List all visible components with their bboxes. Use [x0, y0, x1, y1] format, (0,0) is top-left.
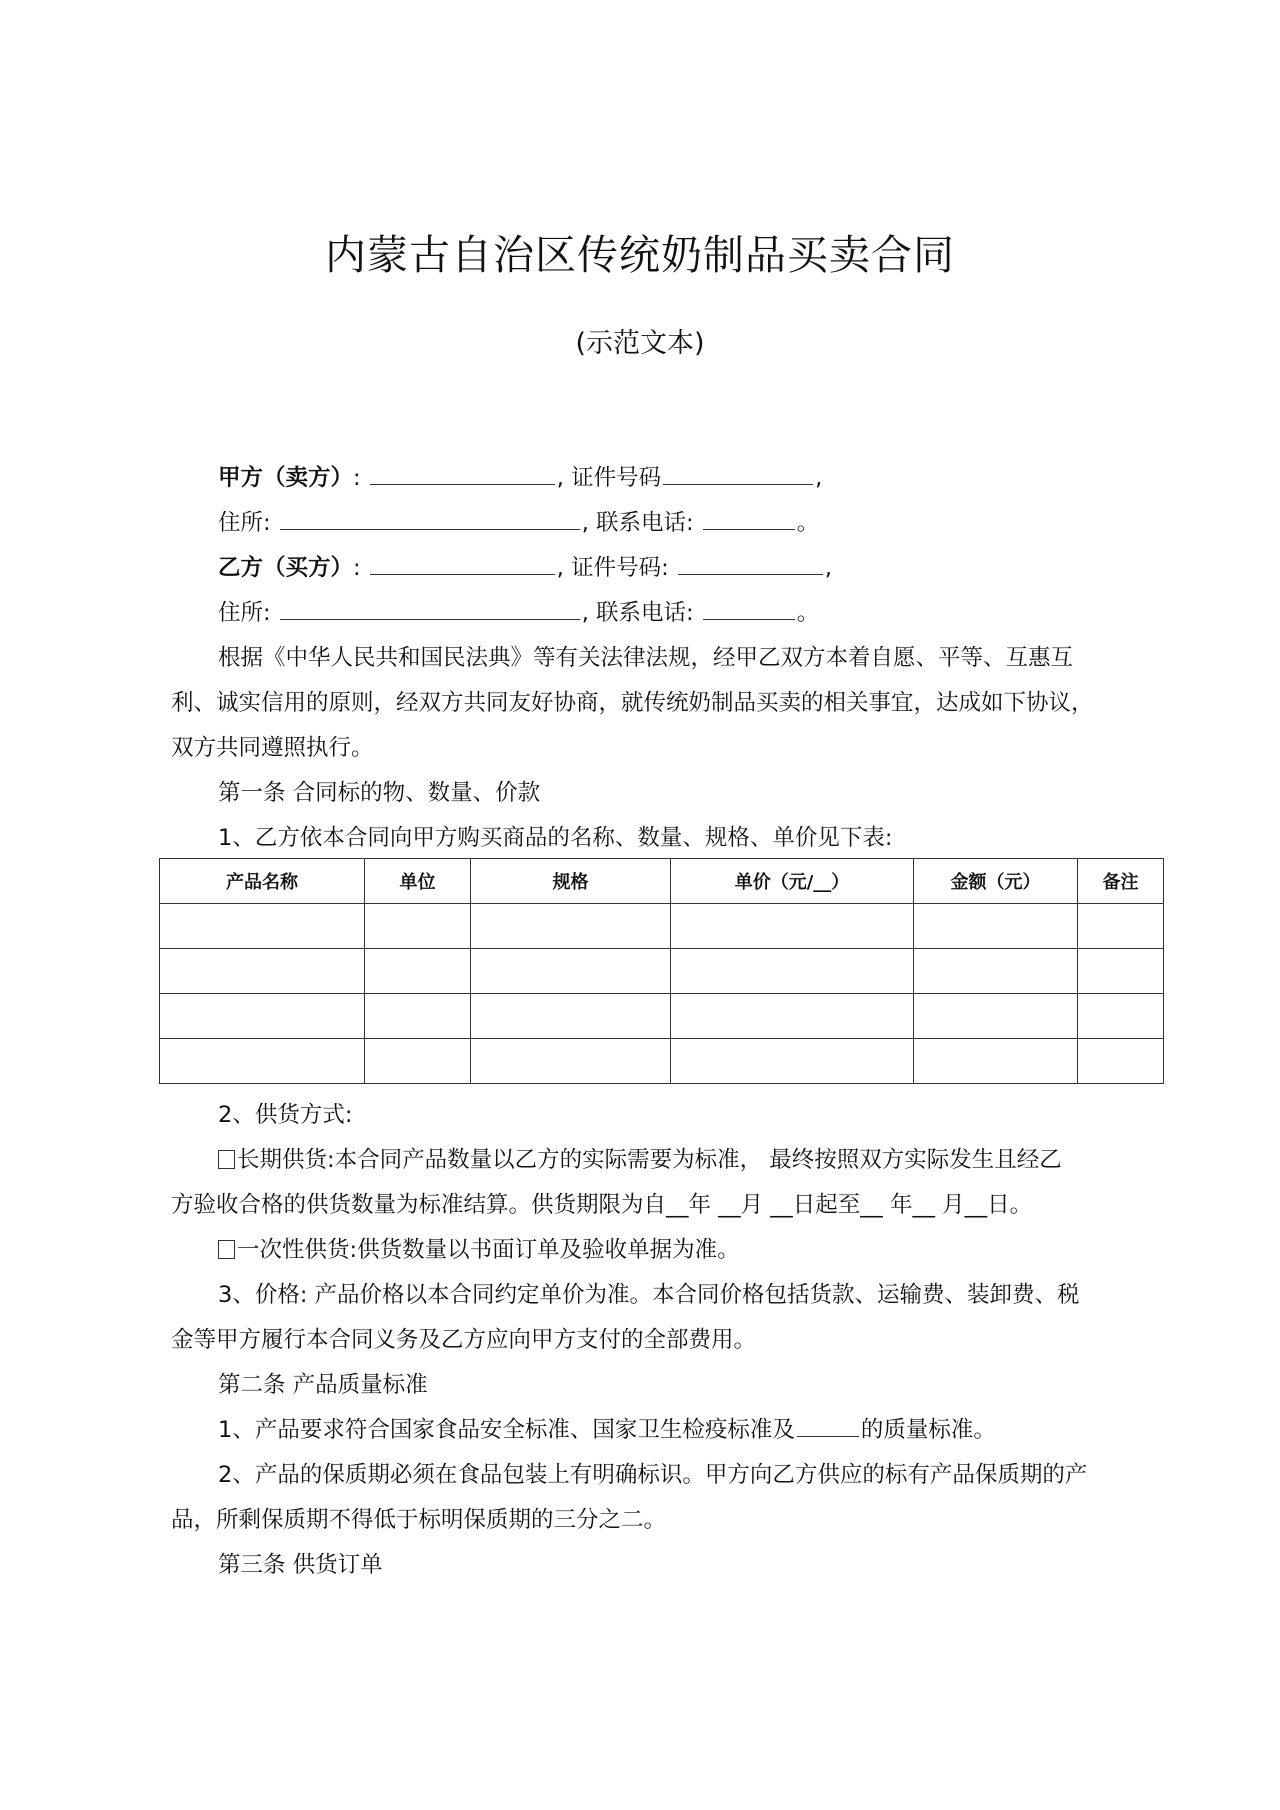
- table-cell[interactable]: [471, 994, 671, 1039]
- article-2-item-1: 1、产品要求符合国家食品安全标准、国家卫生检疫标准及的质量标准。: [218, 1415, 996, 1445]
- table-cell[interactable]: [671, 949, 914, 994]
- document-title: 内蒙古自治区传统奶制品买卖合同: [0, 222, 1280, 281]
- table-cell[interactable]: [365, 949, 471, 994]
- buyer-phone-field[interactable]: [703, 599, 795, 620]
- col-amount: 金额（元）: [914, 859, 1078, 904]
- table-row: [160, 994, 1164, 1039]
- table-cell[interactable]: [471, 1039, 671, 1084]
- table-cell[interactable]: [160, 1039, 365, 1084]
- table-cell[interactable]: [365, 1039, 471, 1084]
- table-cell[interactable]: [1078, 1039, 1164, 1084]
- buyer-name-field[interactable]: [370, 554, 555, 575]
- article-2-heading: 第二条 产品质量标准: [218, 1370, 428, 1400]
- table-header-row: 产品名称 单位 规格 单价（元/__） 金额（元） 备注: [160, 859, 1164, 904]
- seller-line: 甲方（卖方）: , 证件号码,: [218, 463, 822, 493]
- buyer-address-field[interactable]: [280, 599, 580, 620]
- buyer-line: 乙方（买方）: , 证件号码: ,: [218, 553, 832, 583]
- table-cell[interactable]: [1078, 904, 1164, 949]
- goods-table: 产品名称 单位 规格 单价（元/__） 金额（元） 备注: [159, 858, 1164, 1084]
- table-cell[interactable]: [914, 949, 1078, 994]
- document-subtitle: (示范文本): [0, 321, 1280, 360]
- preamble-line-1: 根据《中华人民共和国民法典》等有关法律法规，经甲乙双方本着自愿、平等、互惠互: [218, 643, 1073, 673]
- article-2-item-2-cont: 品，所剩保质期不得低于标明保质期的三分之二。: [171, 1505, 666, 1535]
- table-cell[interactable]: [471, 949, 671, 994]
- table-cell[interactable]: [365, 904, 471, 949]
- one-time-supply-label: 一次性供货:: [237, 1237, 357, 1263]
- phone-label: , 联系电话:: [582, 600, 694, 626]
- table-row: [160, 949, 1164, 994]
- table-row: [160, 904, 1164, 949]
- table-cell[interactable]: [160, 949, 365, 994]
- col-spec: 规格: [471, 859, 671, 904]
- table-cell[interactable]: [671, 904, 914, 949]
- col-unit-price: 单价（元/__）: [671, 859, 914, 904]
- table-cell[interactable]: [160, 994, 365, 1039]
- buyer-label: 乙方（买方）: [218, 555, 353, 581]
- col-unit: 单位: [365, 859, 471, 904]
- long-term-supply-label: 长期供货:: [237, 1147, 335, 1173]
- table-cell[interactable]: [160, 904, 365, 949]
- seller-address-field[interactable]: [280, 509, 580, 530]
- id-label: , 证件号码: [557, 465, 661, 491]
- table-cell[interactable]: [914, 904, 1078, 949]
- long-term-supply-checkbox[interactable]: [218, 1150, 235, 1169]
- col-remarks: 备注: [1078, 859, 1164, 904]
- col-product-name: 产品名称: [160, 859, 365, 904]
- table-cell[interactable]: [365, 994, 471, 1039]
- table-cell[interactable]: [671, 1039, 914, 1084]
- preamble-line-3: 双方共同遵照执行。: [171, 733, 374, 763]
- table-row: [160, 1039, 1164, 1084]
- one-time-supply-checkbox[interactable]: [218, 1240, 235, 1259]
- table-cell[interactable]: [1078, 949, 1164, 994]
- article-1-item-2: 2、供货方式:: [218, 1100, 352, 1130]
- table-cell[interactable]: [1078, 994, 1164, 1039]
- table-cell[interactable]: [471, 904, 671, 949]
- one-time-supply-line: 一次性供货:供货数量以书面订单及验收单据为准。: [218, 1235, 740, 1265]
- buyer-address-line: 住所: , 联系电话: 。: [218, 598, 819, 628]
- table-cell[interactable]: [914, 994, 1078, 1039]
- buyer-id-field[interactable]: [678, 554, 823, 575]
- seller-name-field[interactable]: [370, 464, 555, 485]
- long-term-supply-line-2: 方验收合格的供货数量为标准结算。供货期限为自__年 __月 __日起至__ 年_…: [171, 1190, 1032, 1220]
- article-2-item-2: 2、产品的保质期必须在食品包装上有明确标识。甲方向乙方供应的标有产品保质期的产: [218, 1460, 1087, 1490]
- seller-id-field[interactable]: [663, 464, 813, 485]
- article-3-heading: 第三条 供货订单: [218, 1550, 383, 1580]
- seller-phone-field[interactable]: [703, 509, 795, 530]
- seller-label: 甲方（卖方）: [218, 465, 353, 491]
- long-term-supply-line: 长期供货:本合同产品数量以乙方的实际需要为标准， 最终按照双方实际发生且经乙: [218, 1145, 1062, 1175]
- table-cell[interactable]: [914, 1039, 1078, 1084]
- article-1-heading: 第一条 合同标的物、数量、价款: [218, 778, 540, 808]
- article-1-item-3: 3、价格: 产品价格以本合同约定单价为准。本合同价格包括货款、运输费、装卸费、税: [218, 1280, 1080, 1310]
- preamble-line-2: 利、诚实信用的原则，经双方共同友好协商，就传统奶制品买卖的相关事宜，达成如下协议…: [171, 688, 1094, 718]
- address-label: 住所:: [218, 510, 271, 536]
- phone-label: , 联系电话:: [582, 510, 694, 536]
- contract-page: 内蒙古自治区传统奶制品买卖合同 (示范文本) 甲方（卖方）: , 证件号码, 住…: [0, 0, 1280, 1810]
- address-label: 住所:: [218, 600, 271, 626]
- table-cell[interactable]: [671, 994, 914, 1039]
- seller-address-line: 住所: , 联系电话: 。: [218, 508, 819, 538]
- article-1-item-3-cont: 金等甲方履行本合同义务及乙方应向甲方支付的全部费用。: [171, 1325, 756, 1355]
- quality-standard-field[interactable]: [797, 1416, 859, 1437]
- id-label: , 证件号码:: [557, 555, 669, 581]
- article-1-item-1: 1、乙方依本合同向甲方购买商品的名称、数量、规格、单价见下表:: [218, 823, 892, 853]
